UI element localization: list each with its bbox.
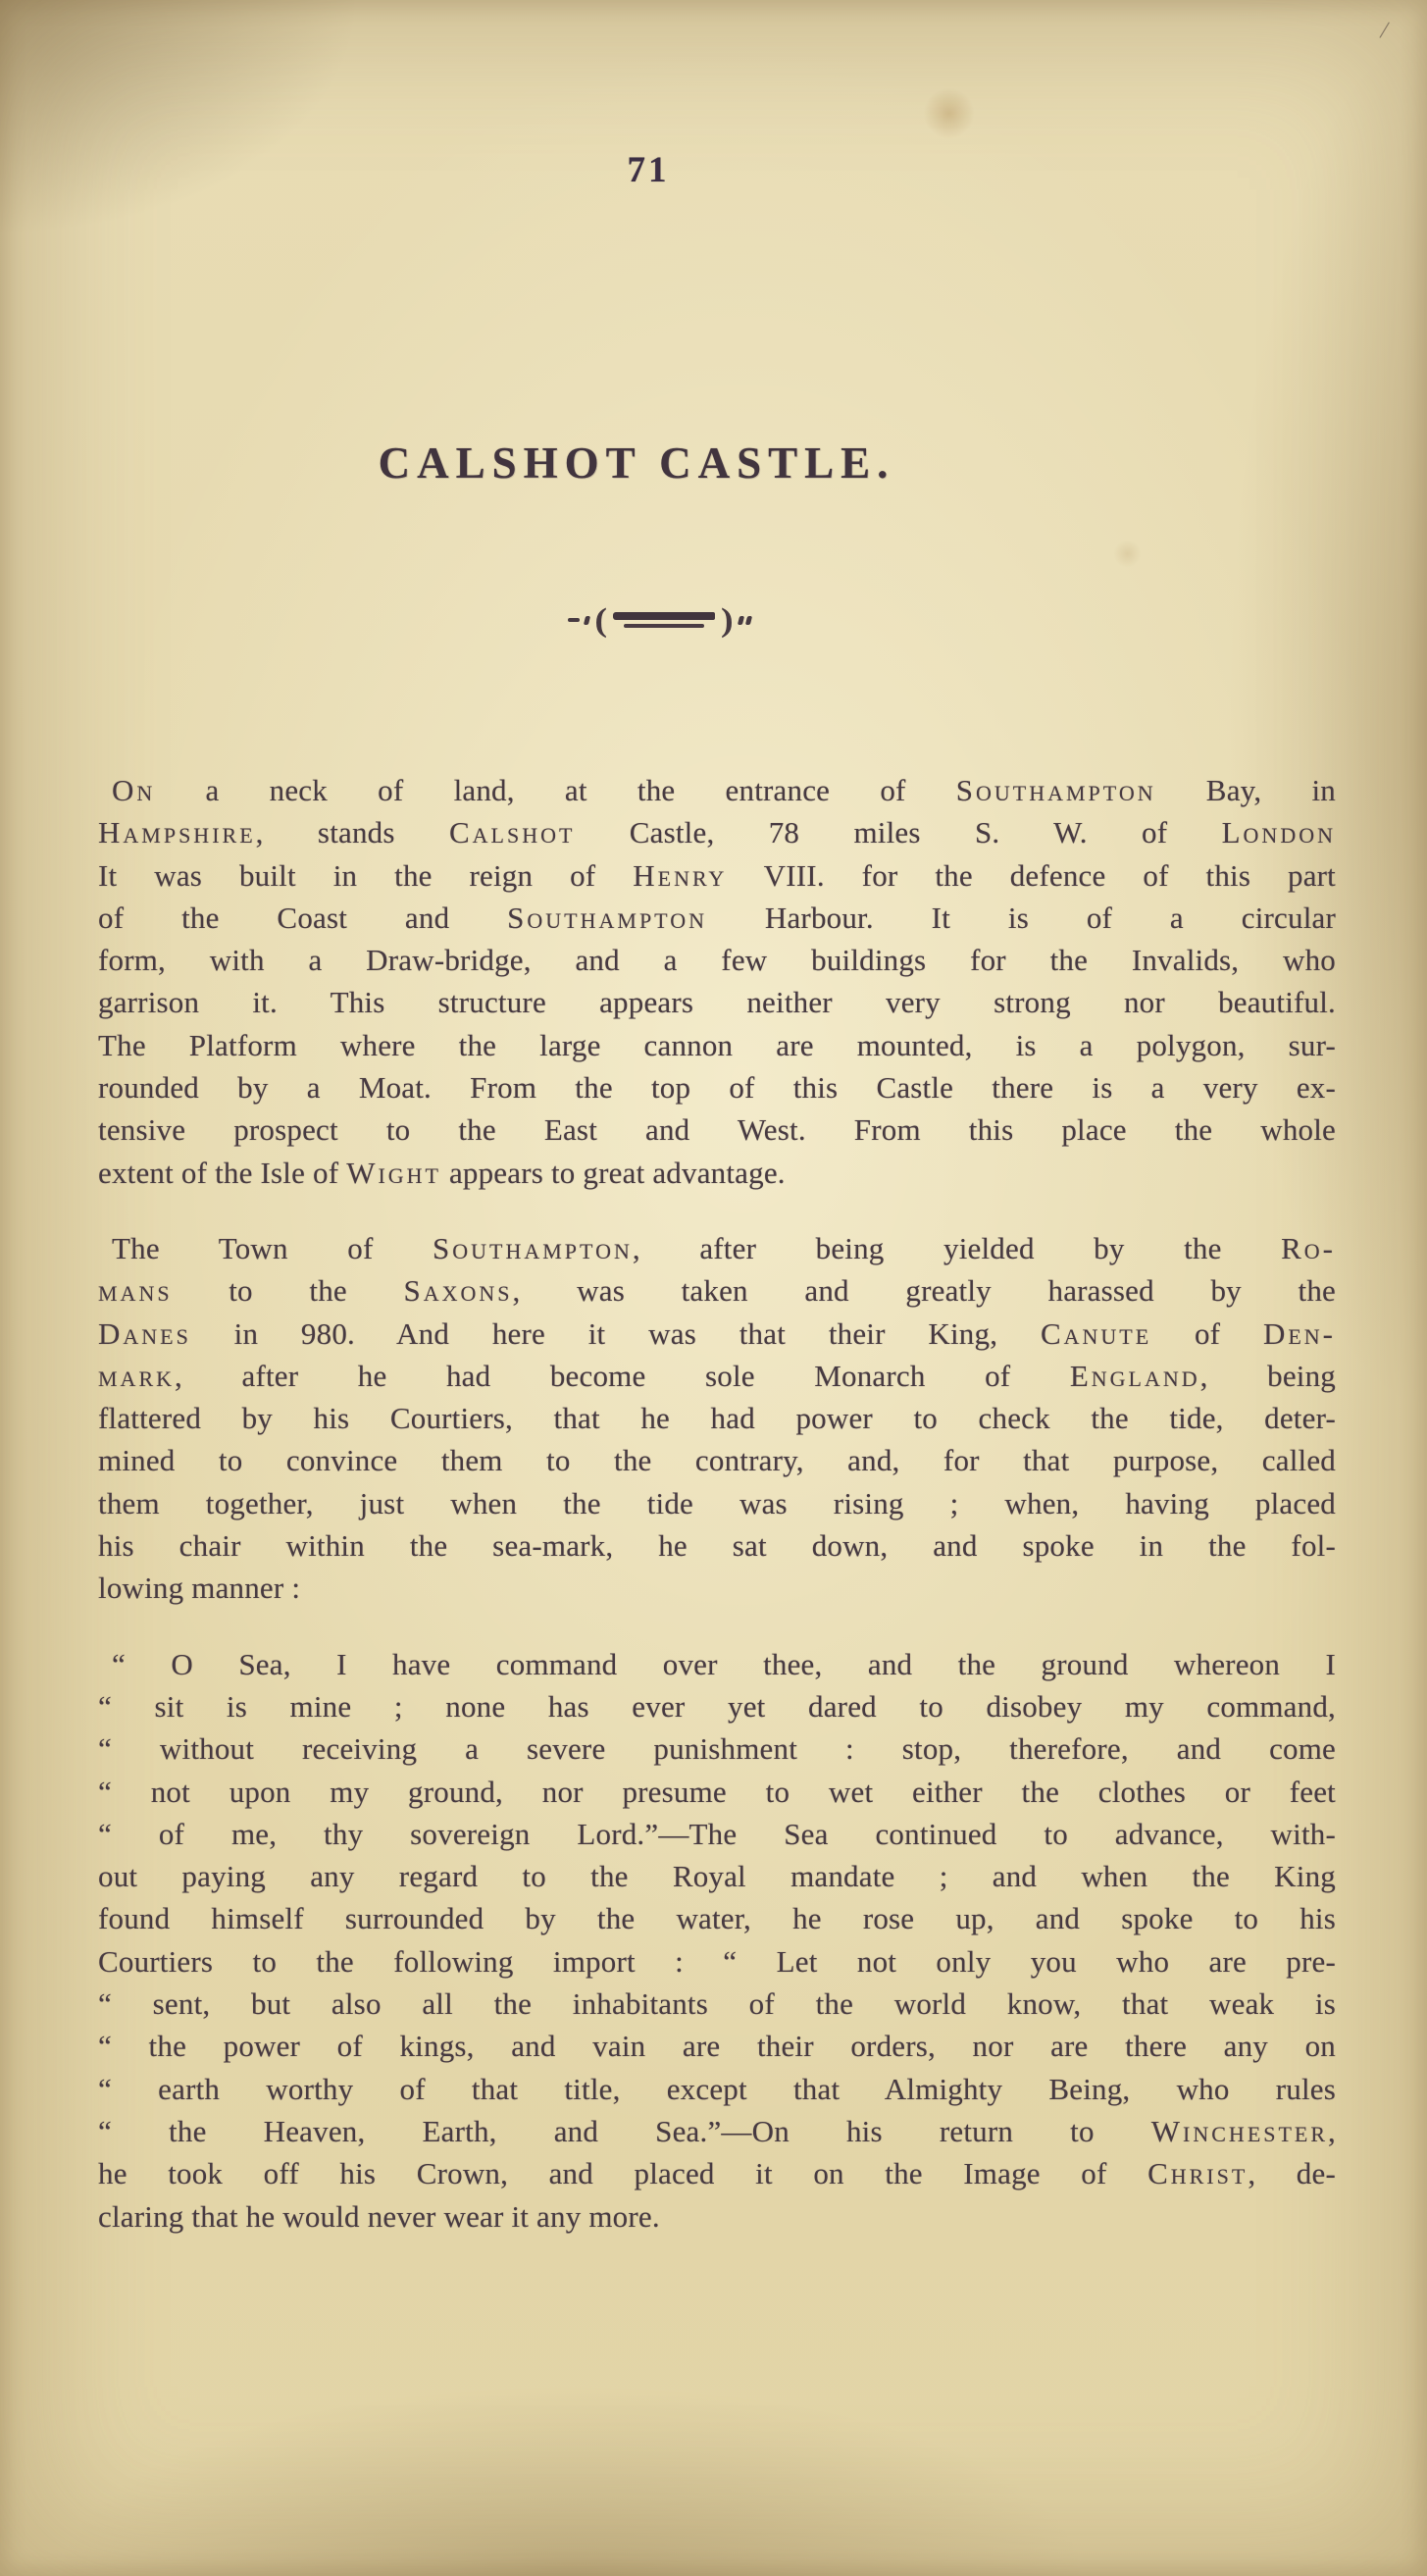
text-segment: , was taken and greatly harassed by the — [513, 1273, 1336, 1308]
text-segment: lowing manner : — [98, 1571, 300, 1605]
text-line: mark, after he had become sole Monarch o… — [98, 1355, 1336, 1397]
text-line: his chair within the sea-mark, he sat do… — [98, 1524, 1336, 1567]
page-number: 71 — [604, 149, 692, 191]
text-segment: The Platform where the large cannon are … — [98, 1028, 1336, 1062]
text-segment: “ earth worthy of that title, except tha… — [98, 2072, 1336, 2106]
text-segment: Castle, 78 miles S. W. of — [575, 815, 1221, 850]
text-segment: to the — [173, 1273, 404, 1308]
small-caps-text: mans — [98, 1273, 173, 1308]
ornament-bar-top-icon — [613, 612, 715, 620]
text-segment: extent of the Isle of — [98, 1156, 346, 1190]
small-caps-text: England — [1070, 1359, 1200, 1393]
text-segment: “ sent, but also all the inhabitants of … — [98, 1986, 1336, 2021]
text-segment: It was built in the reign of — [98, 858, 633, 893]
text-line: “ sent, but also all the inhabitants of … — [98, 1983, 1336, 2025]
text-segment: Harbour. It is of a circular — [707, 901, 1336, 935]
text-segment: Bay, in — [1156, 773, 1336, 807]
text-line: On a neck of land, at the entrance of So… — [98, 769, 1336, 811]
ornament-bar-bottom-icon — [624, 624, 704, 628]
text-line: claring that he would never wear it any … — [98, 2195, 1336, 2238]
small-caps-text: Wight — [346, 1156, 441, 1190]
body-text: On a neck of land, at the entrance of So… — [98, 769, 1336, 2271]
small-caps-text: Canute — [1041, 1316, 1151, 1351]
ornament-tick-icon — [745, 616, 752, 625]
text-line: extent of the Isle of Wight appears to g… — [98, 1152, 1336, 1194]
text-segment: “ the power of kings, and vain are their… — [98, 2029, 1336, 2063]
text-line: lowing manner : — [98, 1567, 1336, 1609]
section-divider-ornament-icon: ( ) — [0, 596, 1318, 644]
text-segment: of the Coast and — [98, 901, 507, 935]
paragraph: On a neck of land, at the entrance of So… — [98, 769, 1336, 1194]
small-caps-text: Christ — [1147, 2156, 1248, 2190]
text-line: “ earth worthy of that title, except tha… — [98, 2068, 1336, 2110]
paragraph: “ O Sea, I have command over thee, and t… — [98, 1643, 1336, 2238]
text-segment: , — [1328, 2114, 1336, 2148]
small-caps-text: Henry — [633, 858, 727, 893]
text-segment: , de- — [1248, 2156, 1336, 2190]
text-line: found himself surrounded by the water, h… — [98, 1897, 1336, 1939]
ornament-dash-icon — [568, 618, 580, 622]
text-segment: form, with a Draw-bridge, and a few buil… — [98, 943, 1336, 977]
text-segment: “ sit is mine ; none has ever yet dared … — [98, 1689, 1336, 1724]
small-caps-text: London — [1222, 815, 1336, 850]
page-title: CALSHOT CASTLE. — [0, 438, 1273, 489]
text-line: mans to the Saxons, was taken and greatl… — [98, 1269, 1336, 1312]
small-caps-text: Winchester — [1151, 2114, 1328, 2148]
small-caps-text: Southampton — [507, 901, 707, 935]
text-segment: flattered by his Courtiers, that he had … — [98, 1401, 1336, 1435]
text-segment: of — [1151, 1316, 1263, 1351]
text-segment: The Town of — [112, 1231, 433, 1265]
text-segment: “ O Sea, I have command over thee, and t… — [112, 1647, 1336, 1681]
text-line: form, with a Draw-bridge, and a few buil… — [98, 939, 1336, 981]
text-line: Courtiers to the following import : “ Le… — [98, 1940, 1336, 1983]
text-line: “ of me, thy sovereign Lord.”—The Sea co… — [98, 1813, 1336, 1855]
text-segment: out paying any regard to the Royal manda… — [98, 1859, 1336, 1893]
book-page: / 71 CALSHOT CASTLE. ( ) On a neck of la… — [0, 0, 1427, 2576]
text-segment: VIII. for the defence of this part — [727, 858, 1336, 893]
text-segment: them together, just when the tide was ri… — [98, 1486, 1336, 1520]
text-segment: , being — [1200, 1359, 1336, 1393]
small-caps-text: Den- — [1263, 1316, 1336, 1351]
text-segment: mined to convince them to the contrary, … — [98, 1443, 1336, 1477]
text-line: “ the Heaven, Earth, and Sea.”—On his re… — [98, 2110, 1336, 2152]
text-line: them together, just when the tide was ri… — [98, 1482, 1336, 1524]
text-line: out paying any regard to the Royal manda… — [98, 1855, 1336, 1897]
text-segment: appears to great advantage. — [441, 1156, 786, 1190]
small-caps-text: Saxons — [404, 1273, 513, 1308]
text-line: of the Coast and Southampton Harbour. It… — [98, 897, 1336, 939]
text-segment: “ of me, thy sovereign Lord.”—The Sea co… — [98, 1817, 1336, 1851]
text-segment: tensive prospect to the East and West. F… — [98, 1112, 1336, 1147]
ornament-close-paren-icon: ) — [721, 603, 734, 637]
small-caps-text: Ro- — [1281, 1231, 1336, 1265]
text-segment: garrison it. This structure appears neit… — [98, 985, 1336, 1019]
small-caps-text: Southampton — [433, 1231, 633, 1265]
ornament-open-paren-icon: ( — [594, 603, 607, 637]
text-line: It was built in the reign of Henry VIII.… — [98, 854, 1336, 897]
text-line: tensive prospect to the East and West. F… — [98, 1108, 1336, 1151]
text-segment: Courtiers to the following import : “ Le… — [98, 1944, 1336, 1979]
text-line: rounded by a Moat. From the top of this … — [98, 1066, 1336, 1108]
text-line: “ O Sea, I have command over thee, and t… — [98, 1643, 1336, 1685]
text-segment: a neck of land, at the entrance of — [155, 773, 955, 807]
small-caps-text: Southampton — [956, 773, 1156, 807]
text-segment: he took off his Crown, and placed it on … — [98, 2156, 1147, 2190]
small-caps-text: mark — [98, 1359, 175, 1393]
text-line: “ sit is mine ; none has ever yet dared … — [98, 1685, 1336, 1727]
text-line: garrison it. This structure appears neit… — [98, 981, 1336, 1023]
small-caps-text: Hampshire — [98, 815, 256, 850]
text-segment: claring that he would never wear it any … — [98, 2199, 660, 2234]
small-caps-text: Danes — [98, 1316, 191, 1351]
text-line: Hampshire, stands Calshot Castle, 78 mil… — [98, 811, 1336, 853]
text-line: “ the power of kings, and vain are their… — [98, 2025, 1336, 2067]
text-segment: found himself surrounded by the water, h… — [98, 1901, 1336, 1935]
text-segment: “ not upon my ground, nor presume to wet… — [98, 1775, 1336, 1809]
text-segment: , stands — [256, 815, 449, 850]
text-line: The Town of Southampton, after being yie… — [98, 1227, 1336, 1269]
text-line: The Platform where the large cannon are … — [98, 1024, 1336, 1066]
text-segment: , after being yielded by the — [633, 1231, 1281, 1265]
text-line: “ without receiving a severe punishment … — [98, 1727, 1336, 1770]
text-segment: rounded by a Moat. From the top of this … — [98, 1070, 1336, 1105]
text-line: he took off his Crown, and placed it on … — [98, 2152, 1336, 2194]
text-segment: , after he had become sole Monarch of — [175, 1359, 1070, 1393]
text-segment: his chair within the sea-mark, he sat do… — [98, 1528, 1336, 1563]
text-segment: “ without receiving a severe punishment … — [98, 1731, 1336, 1766]
text-line: Danes in 980. And here it was that their… — [98, 1313, 1336, 1355]
paragraph: The Town of Southampton, after being yie… — [98, 1227, 1336, 1610]
text-line: flattered by his Courtiers, that he had … — [98, 1397, 1336, 1439]
small-caps-text: On — [112, 773, 155, 807]
ornament-tick-icon — [738, 616, 744, 625]
ornament-bars-icon — [613, 612, 715, 628]
ornament-tick-icon — [584, 616, 590, 625]
text-segment: in 980. And here it was that their King, — [191, 1316, 1041, 1351]
scan-artifact-mark: / — [1378, 16, 1391, 46]
text-segment: “ the Heaven, Earth, and Sea.”—On his re… — [98, 2114, 1151, 2148]
text-line: “ not upon my ground, nor presume to wet… — [98, 1771, 1336, 1813]
small-caps-text: Calshot — [449, 815, 575, 850]
text-line: mined to convince them to the contrary, … — [98, 1439, 1336, 1481]
